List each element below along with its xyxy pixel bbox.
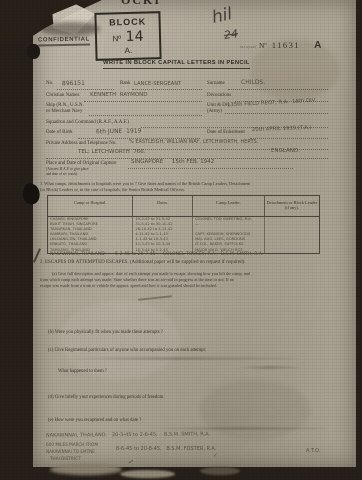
camps-table-header-camp: Camp or Hospital.	[48, 196, 133, 216]
camps-table-header: Camp or Hospital. Dates. Camp Leader. De…	[48, 196, 319, 217]
dob-label: Date of Birth	[46, 130, 72, 135]
dotted-rule	[89, 114, 202, 116]
scanned-document: OCKI CONFIDENTIAL BLOCK Nº 14 A. hil 24 …	[0, 0, 362, 480]
capture-note-line2: and date of a/c crash).	[46, 172, 78, 176]
dotted-rule	[57, 88, 114, 90]
pencil-ato: A.T.O.	[306, 448, 320, 454]
christian-names-value: KENNETH RAYMOND	[90, 92, 148, 98]
question-e: (e) How were you recaptured and on what …	[48, 418, 141, 423]
block-stamp-word: BLOCK	[97, 16, 159, 28]
dotted-rule	[84, 100, 202, 102]
rank-value: LANCE-SERGEANT	[134, 81, 181, 87]
country-value: ENGLAND.	[271, 148, 300, 154]
ink-scribble: hil	[210, 4, 234, 28]
pencil-district-line: THAI DISTRICT	[50, 456, 80, 461]
address-label: Private Address and Telephone No.	[46, 141, 117, 146]
decorations-label: Decorations	[207, 93, 231, 98]
no-label: No.	[46, 81, 53, 86]
question-c: (c) Give Regimental particulars of anyon…	[48, 348, 206, 353]
section1-intro-line1: 1. What camps, detachments or hospitals …	[40, 181, 332, 186]
rank-label: Rank	[120, 81, 131, 86]
reference-number: M.I.9(JAP) Nº 11631 A	[240, 40, 321, 51]
camps-table-header-dates: Dates.	[133, 196, 193, 216]
ref-suffix: A	[314, 40, 321, 51]
dotted-rule	[128, 167, 293, 169]
bottom-debris	[200, 467, 240, 475]
pencil-smudge	[150, 427, 328, 430]
camps-overflow-row: NAKAWNNAI, THAILAND 5-2-45 to 20-7-45 CO…	[50, 252, 263, 257]
pencil-march-dates: 8-6-45 to 20-8-45. B.S.M. FOSTER, R.A.	[116, 446, 216, 452]
bottom-debris	[50, 464, 122, 475]
section2-heading: 2. ESCAPES OR ATTEMPTED ESCAPES. (Additi…	[40, 260, 246, 265]
cut-off-stamp-text: OCKI	[121, 0, 161, 8]
block-number-stamp: BLOCK Nº 14 A.	[94, 11, 161, 61]
question-d: (d) Give briefly your experiences during…	[48, 395, 165, 400]
dotted-rule	[228, 88, 328, 90]
tear-shadow	[40, 22, 100, 36]
question-b: (b) Were you physically fit when you mad…	[48, 330, 163, 335]
section1-intro-line2: (or Block) Leaders or, in the case of ho…	[40, 187, 332, 192]
block-stamp-no-label: Nº	[112, 34, 121, 43]
capture-label: Place and Date of Original Capture	[46, 161, 116, 166]
christian-names-label: Christian Names	[46, 93, 79, 98]
ref-no-label: Nº	[259, 41, 267, 50]
camp-table-cell-block	[265, 248, 319, 253]
dotted-rule	[250, 137, 328, 139]
dotted-rule	[225, 112, 328, 114]
ref-prefix: M.I.9(JAP)	[240, 45, 256, 49]
bottom-debris	[120, 470, 175, 478]
ink-scribble-number: 24	[223, 27, 239, 42]
stain	[200, 380, 310, 440]
ship-label-line1: Ship (R.N., U.S.N.	[46, 103, 84, 108]
address-value: % EASTLEIGH, WILLIAN WAY, LETCHWORTH, HE…	[129, 139, 258, 145]
question-a-line2: from which camp each attempt was made. S…	[40, 277, 336, 282]
camps-table-header-leader: Camp Leader.	[193, 196, 265, 216]
pencil-march-line2: NAKAWNNAI TO EMTNE	[46, 449, 95, 454]
pencil-march-line1: 600 MILES MARCH FROM	[46, 442, 98, 447]
surname-label: Surname	[207, 81, 225, 86]
camp-table-body: CHANGI, SINGAPORE15-2-42 to 31-5-42COLON…	[48, 217, 319, 253]
confidential-stamp: CONFIDENTIAL	[38, 37, 90, 47]
surname-value: CHILDS.	[241, 79, 265, 86]
pencil-smudge	[238, 366, 300, 369]
question-a-line3: escape was made from a train or vehicle …	[40, 283, 336, 288]
question-c2: What happened to them ?	[58, 369, 107, 374]
camps-table: Camp or Hospital. Dates. Camp Leader. De…	[47, 195, 320, 254]
block-stamp-number: 14	[125, 29, 143, 45]
question-a-line1: (a) Give full description and approx. da…	[52, 271, 338, 276]
ref-number-value: 11631	[272, 40, 300, 50]
capture-value: SINGAPORE 15th FEB. 1942	[131, 159, 214, 165]
block-stamp-sub: A.	[97, 45, 159, 56]
enlistment-label: Date of Enlistment	[207, 130, 245, 135]
no-value: 896151	[62, 80, 85, 87]
pencil-check-mark: ✓	[213, 452, 219, 459]
instruction-banner: WRITE IN BLOCK CAPITAL LETTERS IN PENCIL	[103, 60, 250, 69]
telephone-value: TEL: LETCHWORTH 766.	[78, 149, 145, 155]
squadron-label: Squadron and Command (R.A.F., A.A.F.)	[46, 120, 129, 125]
camps-table-header-block: Detachment or Block Leader (if any).	[265, 196, 319, 216]
dob-value: 6th JUNE 1919	[96, 128, 142, 136]
pencil-smudge	[60, 357, 300, 360]
capture-note-line1: (Aircrew R.A.F. to give place	[46, 167, 89, 171]
ship-label-line2: or Merchant Navy	[46, 109, 83, 114]
stain	[60, 300, 180, 380]
dotted-rule	[132, 88, 202, 90]
unit-div-label-line2: (Army)	[207, 109, 222, 114]
